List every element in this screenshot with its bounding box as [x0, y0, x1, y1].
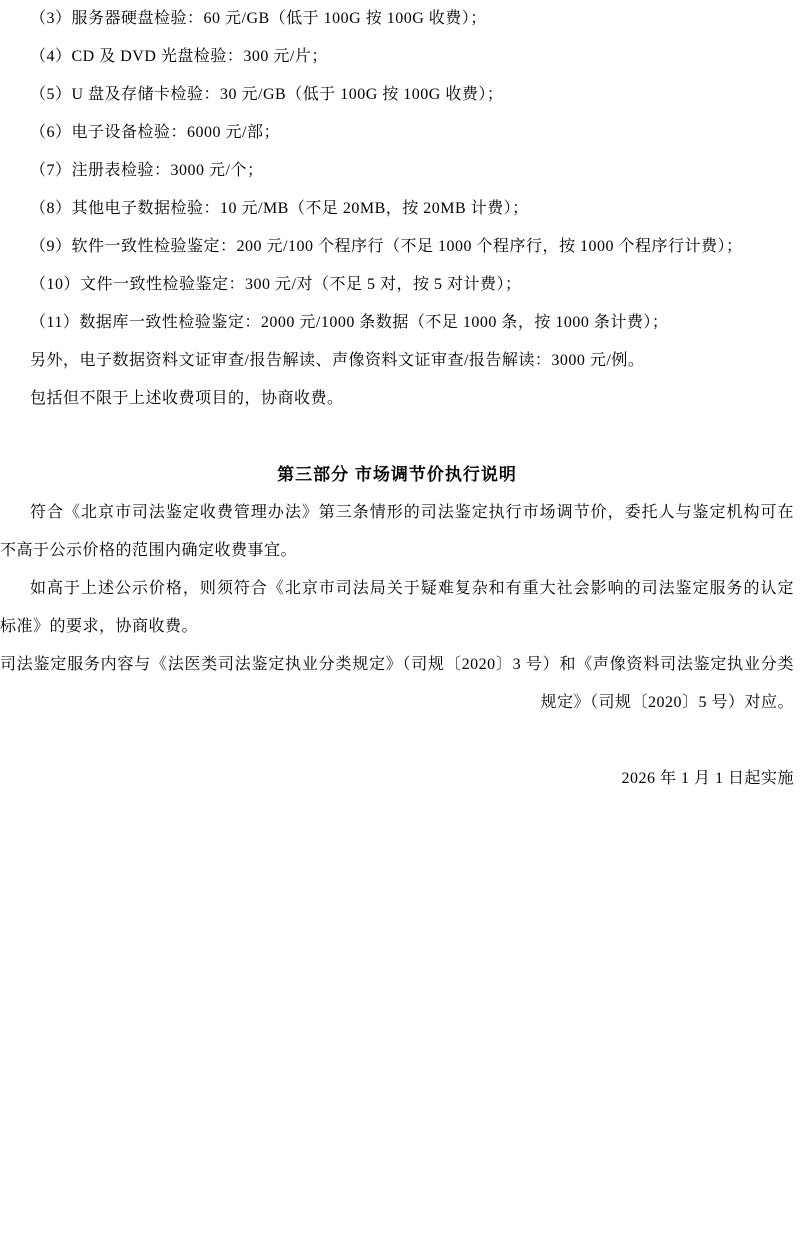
fee-item-8: （8）其他电子数据检验：10 元/MB（不足 20MB，按 20MB 计费）；: [0, 190, 794, 228]
fee-item-3: （3）服务器硬盘检验：60 元/GB（低于 100G 按 100G 收费）；: [0, 0, 794, 38]
effective-date: 2026 年 1 月 1 日起实施: [0, 760, 794, 798]
note-negotiated-fee: 包括但不限于上述收费项目的，协商收费。: [0, 380, 794, 418]
fee-item-10: （10）文件一致性检验鉴定：300 元/对（不足 5 对，按 5 对计费）；: [0, 266, 794, 304]
fee-item-9: （9）软件一致性检验鉴定：200 元/100 个程序行（不足 1000 个程序行…: [0, 228, 794, 266]
fee-item-5: （5）U 盘及存储卡检验：30 元/GB（低于 100G 按 100G 收费）；: [0, 76, 794, 114]
note-review-fee: 另外，电子数据资料文证审查/报告解读、声像资料文证审查/报告解读：3000 元/…: [0, 342, 794, 380]
document-page: （3）服务器硬盘检验：60 元/GB（低于 100G 按 100G 收费）； （…: [0, 0, 800, 1236]
fee-item-7: （7）注册表检验：3000 元/个；: [0, 152, 794, 190]
para3-line2: 规定》（司规〔2020〕5 号）对应。: [0, 684, 794, 722]
fee-item-6: （6）电子设备检验：6000 元/部；: [0, 114, 794, 152]
para3-line1: 司法鉴定服务内容与《法医类司法鉴定执业分类规定》（司规〔2020〕3 号）和《声…: [0, 646, 794, 684]
para2-line1: 如高于上述公示价格，则须符合《北京市司法局关于疑难复杂和有重大社会影响的司法鉴定…: [0, 570, 794, 608]
fee-item-11: （11）数据库一致性检验鉴定：2000 元/1000 条数据（不足 1000 条…: [0, 304, 794, 342]
para1-line1: 符合《北京市司法鉴定收费管理办法》第三条情形的司法鉴定执行市场调节价，委托人与鉴…: [0, 494, 794, 532]
fee-item-4: （4）CD 及 DVD 光盘检验：300 元/片；: [0, 38, 794, 76]
para1-line2: 不高于公示价格的范围内确定收费事宜。: [0, 532, 794, 570]
para2-line2: 标准》的要求，协商收费。: [0, 608, 794, 646]
section3-heading: 第三部分 市场调节价执行说明: [0, 456, 794, 494]
